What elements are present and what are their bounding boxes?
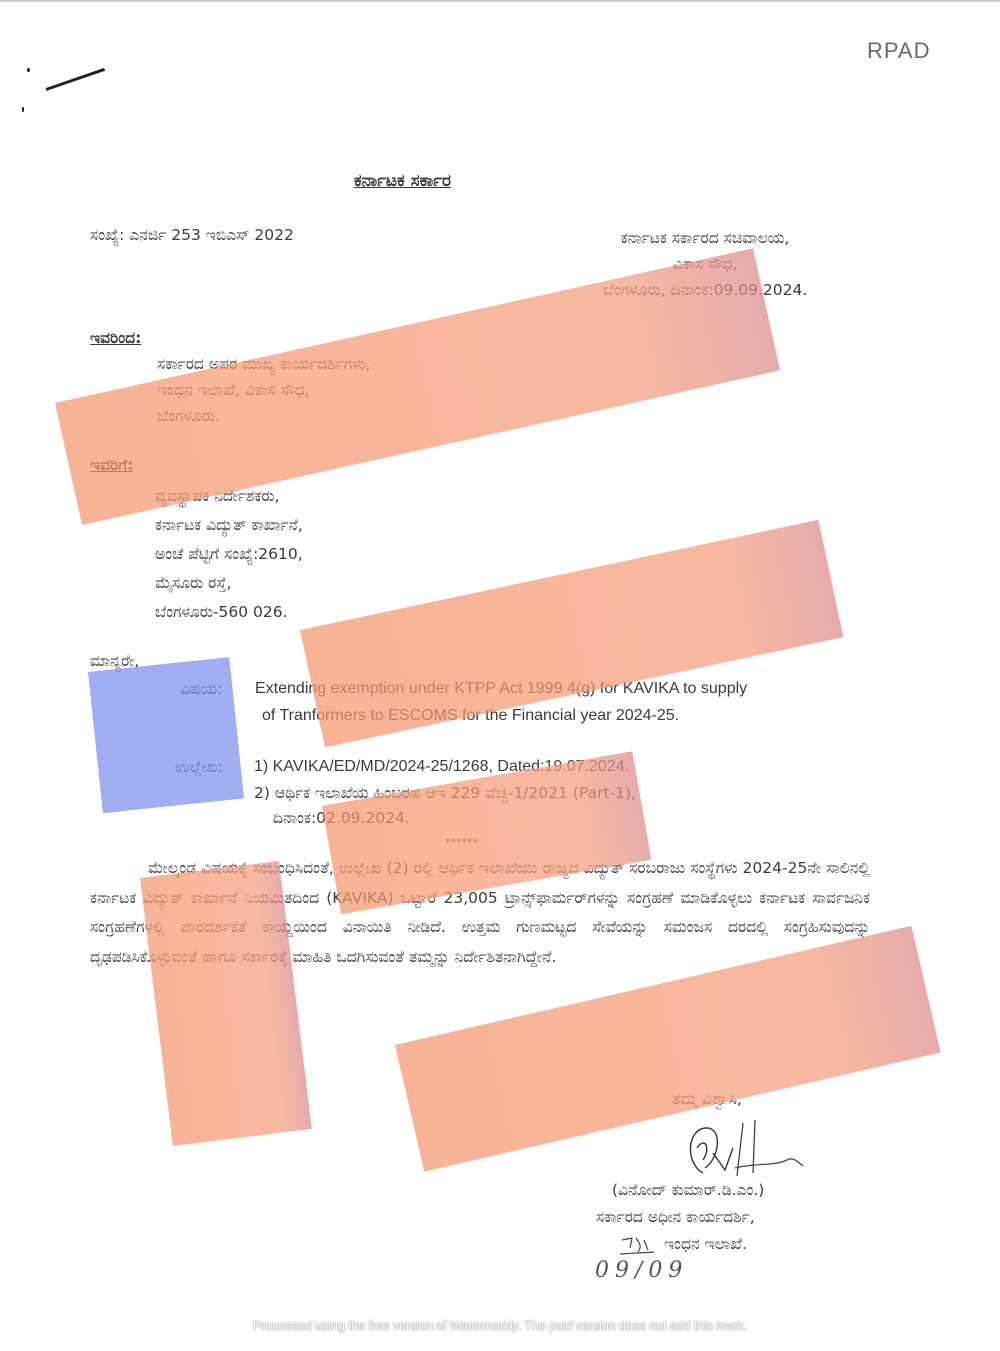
references-label: ಉಲ್ಲೇಖ:: [175, 754, 223, 780]
issuer-line: ಬೆಂಗಳೂರು, ದಿನಾಂಕ:09.09.2024.: [540, 277, 870, 303]
subject-label: ವಿಷಯ:: [180, 676, 222, 702]
from-label: ಇವರಿಂದ:: [90, 325, 141, 351]
signatory-department: ಇಂಧನ ಇಲಾಖೆ.: [664, 1231, 747, 1257]
reference-2-line-2: ದಿನಾಂಕ:02.09.2024.: [273, 805, 410, 831]
closing: ತಮ್ಮ ವಿಶ್ವಾಸಿ,: [672, 1086, 742, 1112]
to-line: ಮೈಸೂರು ರಸ್ತೆ,: [155, 569, 303, 598]
to-label: ಇವರಿಗೆ:: [90, 452, 133, 478]
pen-mark-dot: [27, 68, 30, 72]
to-line: ಬೆಂಗಳೂರು-560 026.: [155, 598, 303, 627]
issuer-address: ಕರ್ನಾಟಕ ಸರ್ಕಾರದ ಸಚಿವಾಲಯ, ವಿಕಾಸ ಸೌಧ, ಬೆಂಗ…: [540, 225, 870, 303]
from-address: ಸರ್ಕಾರದ ಅಪರ ಮುಖ್ಯ ಕಾರ್ಯದರ್ಶಿಗಳು, ಇಂಧನ ಇಲ…: [157, 351, 370, 429]
from-line: ಬೆಂಗಳೂರು.: [157, 403, 370, 429]
reference-2-line-1: 2) ಆರ್ಥಿಕ ಇಲಾಖೆಯ ಹಿಂಬರಹ ಆಇ 229 ವೆಚ್ಚ-1/2…: [254, 780, 636, 806]
issuer-line: ವಿಕಾಸ ಸೌಧ,: [540, 251, 870, 277]
to-line: ಕರ್ನಾಟಕ ವಿದ್ಯುತ್ ಕಾರ್ಖಾನೆ,: [155, 511, 303, 540]
body-paragraph: ಮೇಲ್ಕಂಡ ವಿಷಯಕ್ಕೆ ಸಂಬಂಧಿಸಿದಂತೆ, ಉಲ್ಲೇಖ (2…: [90, 854, 870, 972]
reference-1: 1) KAVIKA/ED/MD/2024-25/1268, Dated:19.0…: [254, 754, 629, 780]
subject-line-2: of Tranformers to ESCOMS for the Financi…: [262, 703, 679, 729]
from-line: ಸರ್ಕಾರದ ಅಪರ ಮುಖ್ಯ ಕಾರ್ಯದರ್ಶಿಗಳು,: [157, 351, 370, 377]
to-line: ಅಂಚೆ ಪೆಟ್ಟಿಗೆ ಸಂಖ್ಯೆ:2610,: [155, 540, 303, 569]
pen-mark-stroke: [46, 68, 106, 91]
subject-line-1: Extending exemption under KTPP Act 1999 …: [255, 676, 747, 702]
to-line: ವ್ಯವಸ್ಥಾಪಕ ನಿರ್ದೇಶಕರು,: [155, 482, 303, 511]
salutation: ಮಾನ್ಯರೇ,: [90, 648, 139, 674]
from-line: ಇಂಧನ ಇಲಾಖೆ, ವಿಕಾಸ ಸೌಧ,: [157, 377, 370, 403]
pen-mark-dot: [22, 107, 24, 112]
handwritten-date: 09/09: [595, 1258, 688, 1283]
reference-number: ಸಂಖ್ಯೆ: ಎನರ್ಜಿ 253 ಇಬಿಎಸ್ 2022: [90, 222, 294, 248]
signatory-name: (ವಿನೋದ್ ಕುಮಾರ್.ಡಿ.ಎಂ.): [612, 1177, 764, 1203]
watermark-text: Processed using the free version of Wate…: [0, 1318, 1000, 1333]
separator: ******: [445, 830, 478, 856]
header-title: ಕರ್ನಾಟಕ ಸರ್ಕಾರ: [354, 168, 451, 194]
initials-mark: [618, 1232, 658, 1258]
to-address: ವ್ಯವಸ್ಥಾಪಕ ನಿರ್ದೇಶಕರು, ಕರ್ನಾಟಕ ವಿದ್ಯುತ್ …: [155, 482, 303, 627]
signatory-designation: ಸರ್ಕಾರದ ಅಧೀನ ಕಾರ್ಯದರ್ಶಿ,: [596, 1204, 755, 1230]
top-border: [0, 0, 1000, 2]
issuer-line: ಕರ್ನಾಟಕ ಸರ್ಕಾರದ ಸಚಿವಾಲಯ,: [540, 225, 870, 251]
annotation-rpad: RPAD: [867, 38, 931, 64]
